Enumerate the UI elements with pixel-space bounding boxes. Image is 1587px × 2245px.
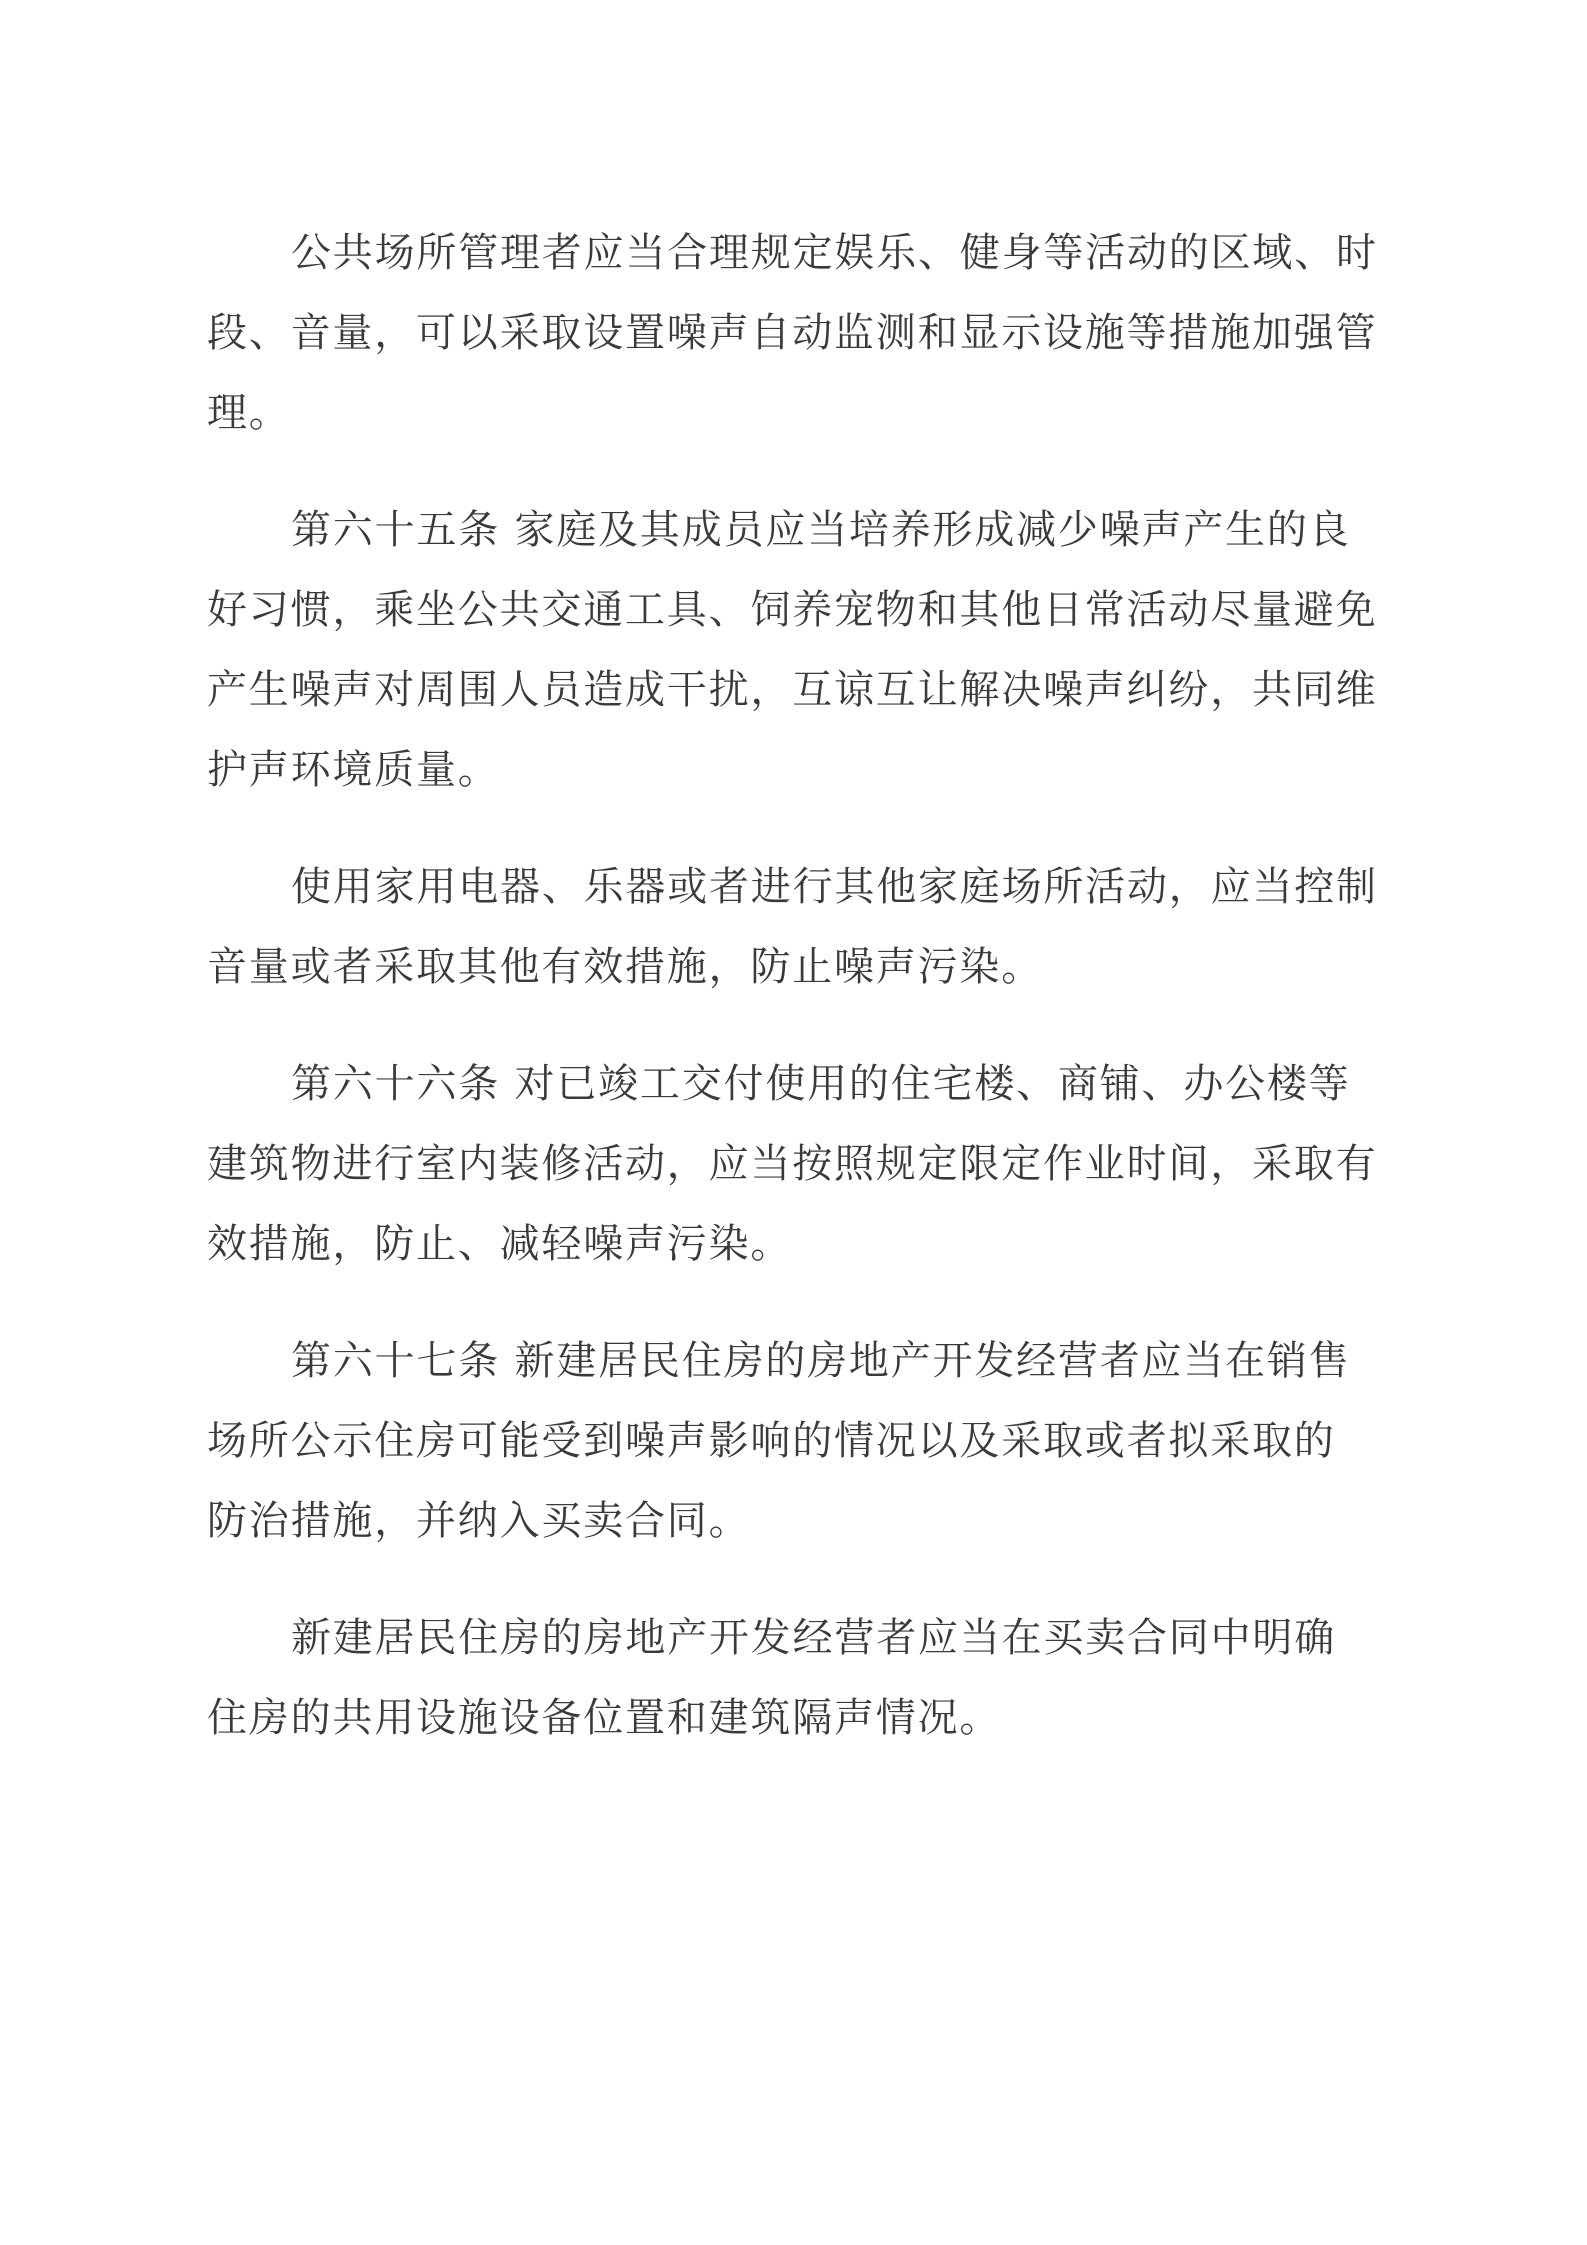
text-line: 产生噪声对周围人员造成干扰，互谅互让解决噪声纠纷，共同维 [207, 659, 1387, 739]
text-line: 住房的共用设施设备位置和建筑隔声情况。 [207, 1687, 1387, 1767]
text-line: 理。 [207, 382, 1387, 462]
text-line: 第六十六条 对已竣工交付使用的住宅楼、商铺、办公楼等 [207, 1053, 1387, 1133]
text-line: 建筑物进行室内装修活动，应当按照规定限定作业时间，采取有 [207, 1133, 1387, 1213]
paragraph-household-appliances: 使用家用电器、乐器或者进行其他家庭场所活动，应当控制 音量或者采取其他有效措施，… [207, 856, 1387, 1016]
text-line: 效措施，防止、减轻噪声污染。 [207, 1213, 1387, 1293]
text-line: 好习惯，乘坐公共交通工具、饲养宠物和其他日常活动尽量避免 [207, 579, 1387, 659]
text-line: 新建居民住房的房地产开发经营者应当在买卖合同中明确 [207, 1607, 1387, 1687]
paragraph-public-places: 公共场所管理者应当合理规定娱乐、健身等活动的区域、时 段、音量，可以采取设置噪声… [207, 222, 1387, 462]
paragraph-article-66: 第六十六条 对已竣工交付使用的住宅楼、商铺、办公楼等 建筑物进行室内装修活动，应… [207, 1053, 1387, 1293]
text-line: 段、音量，可以采取设置噪声自动监测和显示设施等措施加强管 [207, 302, 1387, 382]
paragraph-sales-contract: 新建居民住房的房地产开发经营者应当在买卖合同中明确 住房的共用设施设备位置和建筑… [207, 1607, 1387, 1767]
text-line: 第六十七条 新建居民住房的房地产开发经营者应当在销售 [207, 1330, 1387, 1410]
text-line: 防治措施，并纳入买卖合同。 [207, 1490, 1387, 1570]
document-body: 公共场所管理者应当合理规定娱乐、健身等活动的区域、时 段、音量，可以采取设置噪声… [207, 222, 1387, 1804]
text-line: 场所公示住房可能受到噪声影响的情况以及采取或者拟采取的 [207, 1410, 1387, 1490]
paragraph-article-67: 第六十七条 新建居民住房的房地产开发经营者应当在销售 场所公示住房可能受到噪声影… [207, 1330, 1387, 1570]
paragraph-article-65: 第六十五条 家庭及其成员应当培养形成减少噪声产生的良 好习惯，乘坐公共交通工具、… [207, 499, 1387, 819]
document-page: 公共场所管理者应当合理规定娱乐、健身等活动的区域、时 段、音量，可以采取设置噪声… [0, 0, 1587, 2245]
text-line: 护声环境质量。 [207, 739, 1387, 819]
text-line: 第六十五条 家庭及其成员应当培养形成减少噪声产生的良 [207, 499, 1387, 579]
text-line: 音量或者采取其他有效措施，防止噪声污染。 [207, 936, 1387, 1016]
text-line: 使用家用电器、乐器或者进行其他家庭场所活动，应当控制 [207, 856, 1387, 936]
text-line: 公共场所管理者应当合理规定娱乐、健身等活动的区域、时 [207, 222, 1387, 302]
